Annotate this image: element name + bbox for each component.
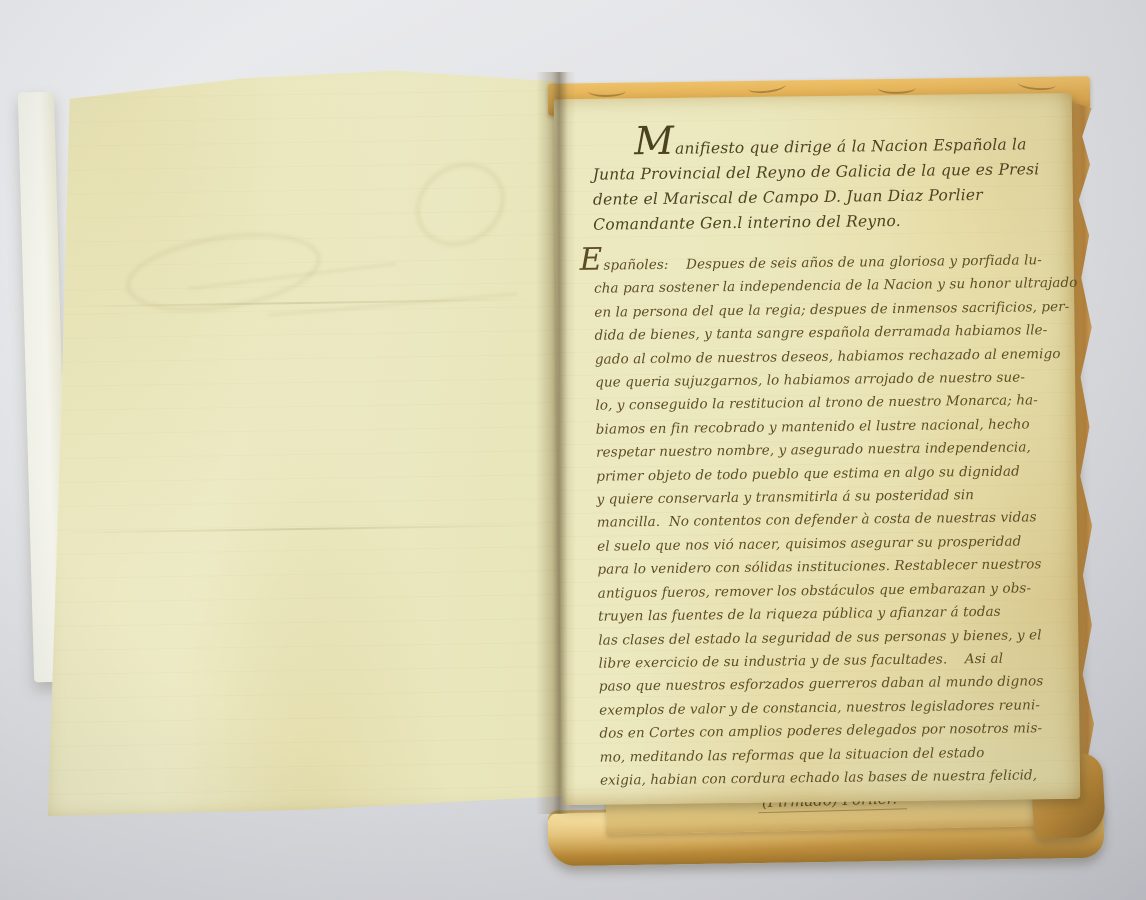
ink-bleedthrough-mark — [268, 293, 517, 316]
ink-fragment-mark — [1017, 77, 1056, 92]
paper-crease — [62, 524, 542, 534]
ink-bleedthrough-mark — [121, 221, 326, 322]
paper-crease — [59, 298, 539, 308]
manuscript-body: Españoles: Despues de seis años de una g… — [594, 248, 1061, 793]
manuscript-page: Manifiesto que dirige á la Nacion Españo… — [554, 93, 1081, 805]
ink-fragment-mark — [878, 82, 916, 95]
ink-fragment-mark — [747, 79, 786, 95]
body-line: exigia, habian con cordura echado las ba… — [600, 764, 1060, 793]
heading-line: Comandante Gen.l interino del Reyno. — [593, 207, 1053, 238]
left-blank-page — [34, 66, 568, 819]
ink-bleedthrough-mark — [400, 147, 520, 262]
photograph-of-manuscript: (Firmado) Porlier. Manifiesto que dirige… — [0, 0, 1146, 900]
manuscript-heading: Manifiesto que dirige á la Nacion Españo… — [592, 129, 1053, 238]
ink-fragment-mark — [588, 85, 626, 98]
